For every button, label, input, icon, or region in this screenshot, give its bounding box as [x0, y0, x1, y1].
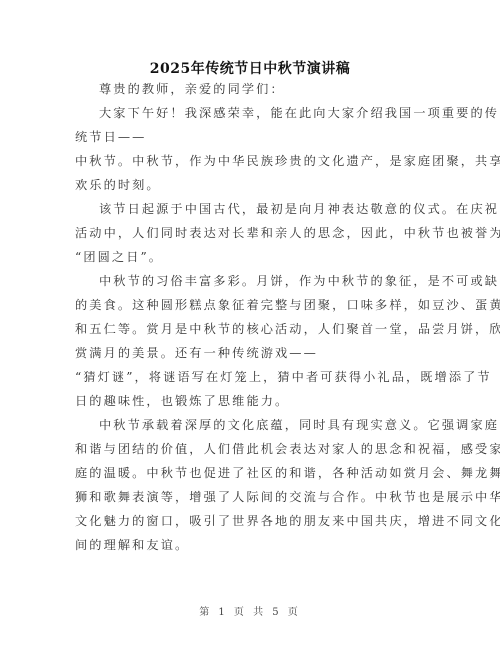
body-text-line: “猜灯谜”，将谜语写在灯笼上，猜中者可获得小礼品，既增添了节 [75, 369, 420, 385]
body-text-line: 活动中，人们同时表达对长辈和亲人的思念，因此，中秋节也被誉为 [75, 225, 420, 241]
body-text-line: 欢乐的时刻。 [75, 177, 420, 193]
body-text-line: 和五仁等。赏月是中秋节的核心活动，人们聚首一堂，品尝月饼，欣 [75, 321, 420, 337]
body-text-line: 狮和歌舞表演等，增强了人际间的交流与合作。中秋节也是展示中华 [75, 489, 420, 505]
body-text-line: 该节日起源于中国古代，最初是向月神表达敬意的仪式。在庆祝 [99, 201, 420, 217]
body-text-line: 大家下午好！我深感荣幸，能在此向大家介绍我国一项重要的传 [99, 105, 420, 121]
page-footer: 第 1 页 共 5 页 [0, 603, 500, 618]
body-text-line: 中秋节的习俗丰富多彩。月饼，作为中秋节的象征，是不可或缺 [99, 273, 420, 289]
body-text-line: 中秋节。中秋节，作为中华民族珍贵的文化遗产，是家庭团聚，共享 [75, 153, 420, 169]
body-text-line: 的美食。这种圆形糕点象征着完整与团聚，口味多样，如豆沙、蛋黄 [75, 297, 420, 313]
body-text-line: 文化魅力的窗口，吸引了世界各地的朋友来中国共庆，增进不同文化 [75, 513, 420, 529]
body-text-line: “团圆之日”。 [75, 249, 420, 265]
document-page: 2025年传统节日中秋节演讲稿 尊贵的教师，亲爱的同学们：大家下午好！我深感荣幸… [0, 0, 500, 647]
document-title: 2025年传统节日中秋节演讲稿 [0, 58, 500, 78]
body-text-line: 间的理解和友谊。 [75, 537, 420, 553]
body-text-line: 中秋节承载着深厚的文化底蕴，同时具有现实意义。它强调家庭 [99, 417, 420, 433]
body-text-line: 赏满月的美景。还有一种传统游戏—— [75, 345, 420, 361]
body-text-line: 统节日—— [75, 129, 420, 145]
body-text-line: 尊贵的教师，亲爱的同学们： [99, 81, 420, 97]
body-text-line: 日的趣味性，也锻炼了思维能力。 [75, 393, 420, 409]
body-text-line: 和谐与团结的价值，人们借此机会表达对家人的思念和祝福，感受家 [75, 441, 420, 457]
body-text-line: 庭的温暖。中秋节也促进了社区的和谐，各种活动如赏月会、舞龙舞 [75, 465, 420, 481]
